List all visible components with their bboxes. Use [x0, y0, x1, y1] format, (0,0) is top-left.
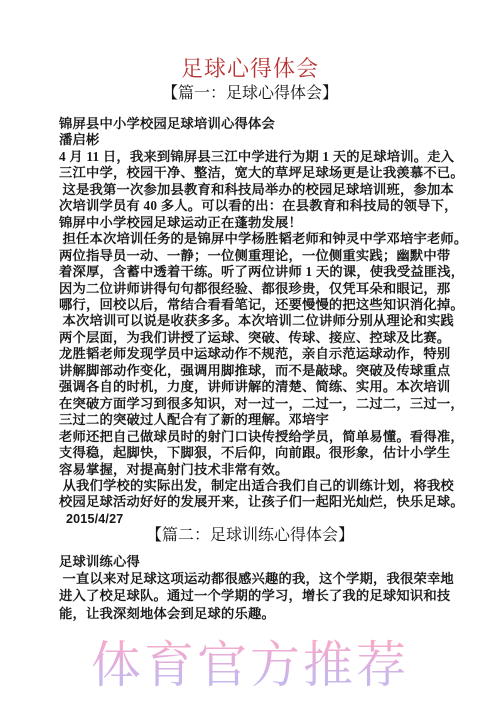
- text-line: 能，让我深刻地体会到足球的乐趣。: [59, 605, 469, 622]
- watermark-text: 体育官方推荐: [0, 637, 500, 693]
- section2-heading: 【篇二：足球训练心得体会】: [0, 527, 500, 545]
- section1-heading: 【篇一：足球心得体会】: [0, 85, 500, 103]
- document-title: 足球心得体会: [0, 55, 500, 83]
- document-page: 足球心得体会 【篇一：足球心得体会】 锦屏县中小学校园足球培训心得体会 潘启彬 …: [0, 0, 500, 707]
- text-line: 次培训学员有 40 多人。可以看的出：在县教育和科技局的领导下，: [59, 198, 469, 214]
- section1-body: 锦屏县中小学校园足球培训心得体会 潘启彬 4 月 11 日，我来到锦屏县三江中学…: [59, 116, 469, 527]
- author-line: 潘启彬: [59, 132, 469, 148]
- text-line: 两位指导员一动、一静；一位侧重理论，一位侧重实践；幽默中带: [59, 248, 469, 264]
- text-line: 本次培训可以说是收获多多。本次培训二位讲师分别从理论和实践: [59, 313, 469, 329]
- text-line: 两个层面，为我们讲授了运球、突破、传球、接应、控球及比赛。: [59, 330, 469, 346]
- text-line: 这是我第一次参加县教育和科技局举办的校园足球培训班，参加本: [59, 182, 469, 198]
- text-line: 讲解脚部动作变化，强调用脚推球，而不是敲球。突破及传球重点: [59, 363, 469, 379]
- text-line: 因为二位讲师讲得句句都很经验、都很珍贵，仅凭耳朵和眼记，那: [59, 281, 469, 297]
- section1-paragraph-lines: 4 月 11 日，我来到锦屏县三江中学进行为期 1 天的足球培训。走入三江中学，…: [59, 149, 469, 511]
- text-line: 强调各自的时机，力度，讲师讲解的清楚、简练、实用。本次培训: [59, 379, 469, 395]
- text-line: 在突破方面学习到很多知识，对一过一，二过一，二过二，三过一，: [59, 396, 469, 412]
- section2-paragraph-lines: 一直以来对足球这项运动都很感兴趣的我，这个学期，我很荣幸地进入了校足球队。通过一…: [59, 570, 469, 622]
- text-line: 4 月 11 日，我来到锦屏县三江中学进行为期 1 天的足球培训。走入: [59, 149, 469, 165]
- text-line: 担任本次培训任务的是锦屏中学杨胜韬老师和钟灵中学邓培宇老师。: [59, 231, 469, 247]
- text-line: 一直以来对足球这项运动都很感兴趣的我，这个学期，我很荣幸地: [59, 570, 469, 587]
- text-line: 三江中学，校园干净、整洁，宽大的草坪足球场更是让我羡慕不已。: [59, 165, 469, 181]
- text-line: 老师还把自己做球员时的射门口诀传授给学员，简单易懂。看得准，: [59, 429, 469, 445]
- text-line: 进入了校足球队。通过一个学期的学习，增长了我的足球知识和技: [59, 587, 469, 604]
- section2-subheading: 足球训练心得: [59, 553, 469, 570]
- text-line: 容易掌握，对提高射门技术非常有效。: [59, 462, 469, 478]
- text-line: 从我们学校的实际出发，制定出适合我们自己的训练计划，将我校: [59, 478, 469, 494]
- text-line: 校园足球活动好好的发展开来，让孩子们一起阳光灿烂，快乐足球。: [59, 494, 469, 510]
- text-line: 三过二的突破过人配合有了新的理解。邓培宇: [59, 412, 469, 428]
- text-line: 哪行，回校以后，常结合看看笔记，还要慢慢的把这些知识消化掉。: [59, 297, 469, 313]
- text-line: 着深厚，含蓄中透着干练。听了两位讲师 1 天的课，使我受益匪浅，: [59, 264, 469, 280]
- text-line: 锦屏中小学校园足球运动正在蓬勃发展！: [59, 215, 469, 231]
- text-line: 龙胜韬老师发现学员中运球动作不规范，亲自示范运球动作，特别: [59, 346, 469, 362]
- report-title-line: 锦屏县中小学校园足球培训心得体会: [59, 116, 469, 132]
- text-line: 支得稳，起脚快，下脚狠，不后仰，向前跟。很形象，估计小学生: [59, 445, 469, 461]
- section2-body: 足球训练心得 一直以来对足球这项运动都很感兴趣的我，这个学期，我很荣幸地进入了校…: [59, 553, 469, 622]
- date-line: 2015/4/27: [59, 511, 469, 527]
